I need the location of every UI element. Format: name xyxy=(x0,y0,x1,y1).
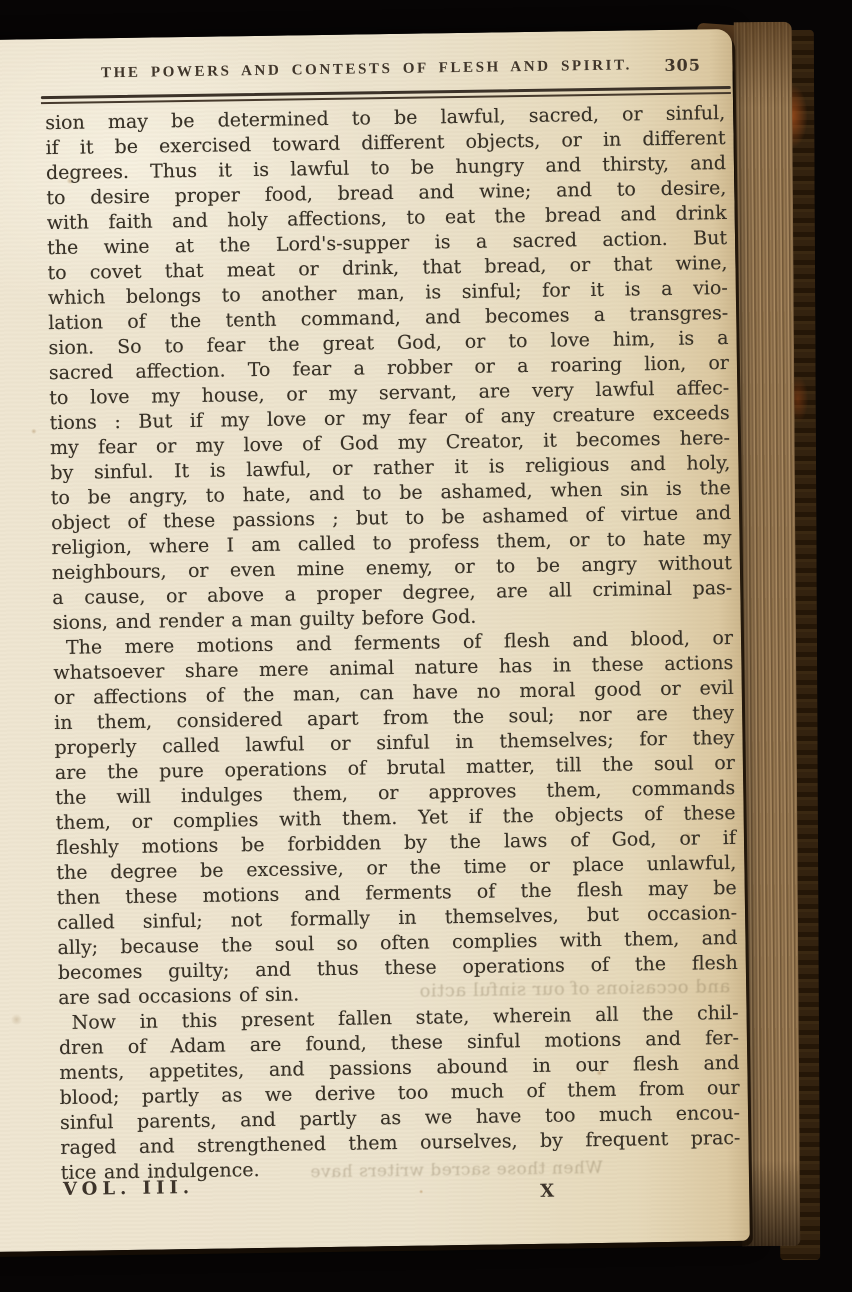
page-number: 305 xyxy=(664,55,701,75)
book-page: THE POWERS AND CONTESTS OF FLESH AND SPI… xyxy=(0,29,750,1252)
paragraph: sion may be determined to be lawful, sac… xyxy=(45,101,733,636)
page-body: sion may be determined to be lawful, sac… xyxy=(45,101,741,1186)
paragraph: The mere motions and ferments of flesh a… xyxy=(53,626,738,1011)
signature-mark: X xyxy=(540,1181,554,1202)
scanned-book-photo: THE POWERS AND CONTESTS OF FLESH AND SPI… xyxy=(0,0,852,1292)
volume-label: VOL. III. xyxy=(63,1177,194,1200)
paragraph: Now in this present fallen state, wherei… xyxy=(58,1001,741,1186)
running-header: THE POWERS AND CONTESTS OF FLESH AND SPI… xyxy=(96,57,636,82)
